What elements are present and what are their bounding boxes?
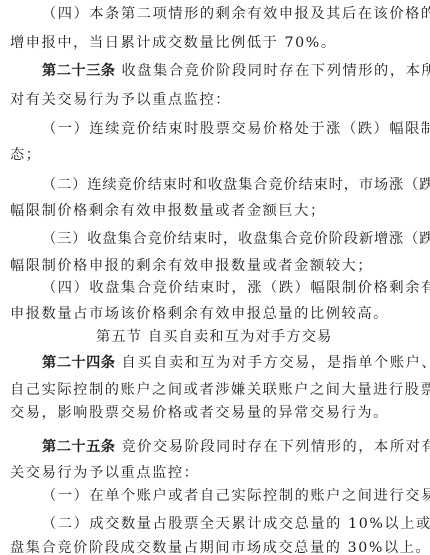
paragraph-line: （四）本条第二项情形的剩余有效申报及其后在该价格的新 — [42, 4, 430, 24]
paragraph-line: （四）收盘集合竞价结束时，涨（跌）幅限制价格剩余有效 — [42, 278, 430, 298]
article-number: 第二十五条 — [42, 439, 115, 455]
document-page: （四）本条第二项情形的剩余有效申报及其后在该价格的新 增申报中，当日累计成交数量… — [0, 0, 430, 555]
paragraph-line: 关交易行为予以重点监控： — [10, 463, 400, 483]
paragraph-line: 申报数量占市场该价格剩余有效申报总量的比例较高。 — [10, 304, 400, 324]
paragraph-line: （三）收盘集合竞价结束时，收盘集合竞价阶段新增涨（跌） — [42, 229, 430, 249]
paragraph-line: （一）在单个账户或者自己实际控制的账户之间进行交易； — [42, 486, 430, 506]
article-number: 第二十四条 — [42, 355, 115, 371]
paragraph-line: 盘集合竞价阶段成交数量占期间市场成交总量的 30%以上。 — [10, 538, 400, 555]
article-text: 竞价交易阶段同时存在下列情形的，本所对有 — [121, 439, 430, 455]
paragraph-line: 增申报中，当日累计成交数量比例低于 70%。 — [10, 33, 400, 53]
article-number: 第二十三条 — [42, 63, 115, 79]
article-23-line: 第二十三条收盘集合竞价阶段同时存在下列情形的，本所 — [42, 61, 430, 81]
article-text: 收盘集合竞价阶段同时存在下列情形的，本所 — [121, 63, 430, 79]
paragraph-line: 态； — [10, 145, 400, 165]
paragraph-line: 自己实际控制的账户之间或者涉嫌关联账户之间大量进行股票 — [10, 380, 400, 400]
paragraph-line: 幅限制价格剩余有效申报数量或者金额巨大； — [10, 201, 400, 221]
article-text: 自买自卖和互为对手方交易，是指单个账户、 — [121, 355, 430, 371]
paragraph-line: （二）成交数量占股票全天累计成交总量的 10%以上或者收 — [42, 514, 430, 534]
paragraph-line: 交易，影响股票交易价格或者交易量的异常交易行为。 — [10, 403, 400, 423]
section-heading: 第五节 自买自卖和互为对手方交易 — [96, 327, 430, 347]
paragraph-line: （二）连续竞价结束时和收盘集合竞价结束时，市场涨（跌） — [42, 175, 430, 195]
paragraph-line: 幅限制价格申报的剩余有效申报数量或者金额较大； — [10, 256, 400, 276]
paragraph-line: （一）连续竞价结束时股票交易价格处于涨（跌）幅限制状 — [42, 119, 430, 139]
article-25-line: 第二十五条竞价交易阶段同时存在下列情形的，本所对有 — [42, 437, 430, 457]
paragraph-line: 对有关交易行为予以重点监控： — [10, 90, 400, 110]
article-24-line: 第二十四条自买自卖和互为对手方交易，是指单个账户、 — [42, 353, 430, 373]
